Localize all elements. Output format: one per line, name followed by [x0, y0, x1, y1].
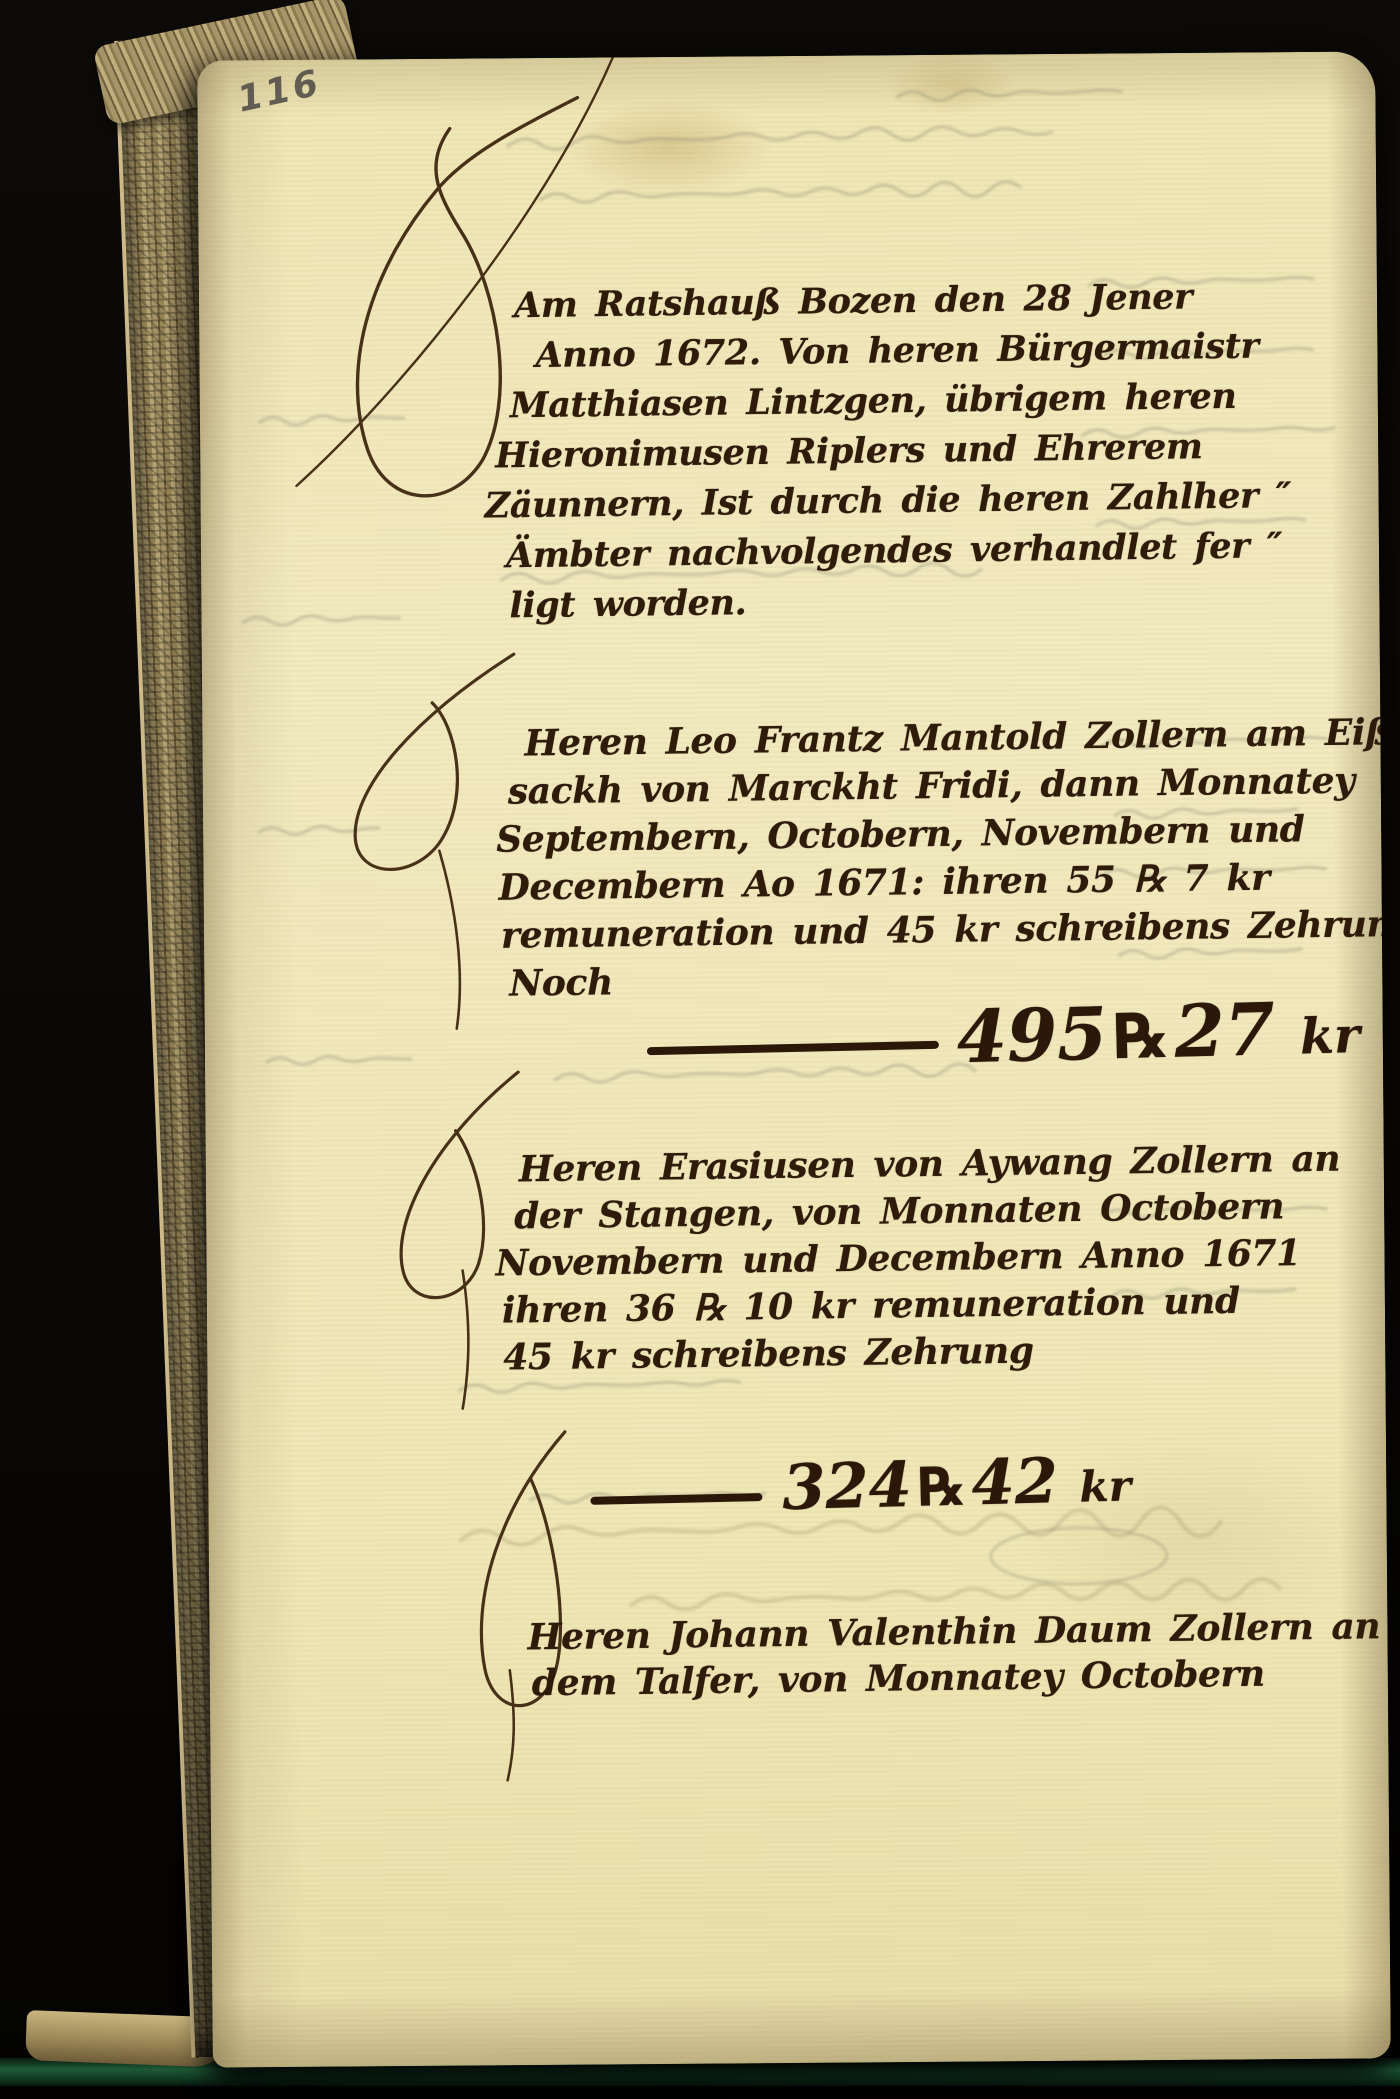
sum-dash: [647, 1041, 939, 1055]
entry-1-paragraph: Heren Leo Frantz Mantold Zollern am Eiß …: [495, 710, 1391, 1005]
currency-symbol: ℞: [911, 1455, 972, 1518]
sum-dash: [590, 1493, 762, 1505]
currency-symbol: ℞: [1106, 1000, 1175, 1074]
heading-paragraph: Am Ratshauß Bozen den 28 Jener Anno 1672…: [483, 273, 1292, 629]
sum-line-1: 495℞27 kr: [646, 988, 1359, 1079]
entry-2-paragraph: Heren Erasiusen von Aywang Zollern an de…: [495, 1138, 1342, 1380]
entry3-initial-tail: [507, 1670, 514, 1780]
entry1-initial-flourish: [354, 654, 516, 870]
folio-number: 116: [234, 65, 324, 118]
entry2-initial-tail: [462, 1271, 469, 1409]
photograph-of-manuscript: 116 Am Ratshauß Bozen den 28 Jener Anno …: [0, 0, 1400, 2099]
text-line: 45 kr schreibens Zehrung: [503, 1324, 1342, 1382]
sum-amount: 495℞27 kr: [956, 984, 1361, 1079]
sum-line-2: 324℞42 kr: [590, 1445, 1131, 1522]
entry1-initial-tail: [439, 851, 460, 1029]
text-line: ligt worden.: [509, 571, 1292, 631]
text-line: dem Talfer, von Monnatey Octobern: [532, 1649, 1381, 1706]
sum-amount: 324℞42 kr: [781, 1442, 1131, 1524]
manuscript-page: 116 Am Ratshauß Bozen den 28 Jener Anno …: [197, 51, 1391, 2067]
entry-3-paragraph: Heren Johann Valenthin Daum Zollern an d…: [527, 1605, 1380, 1704]
background: [0, 2086, 1400, 2099]
